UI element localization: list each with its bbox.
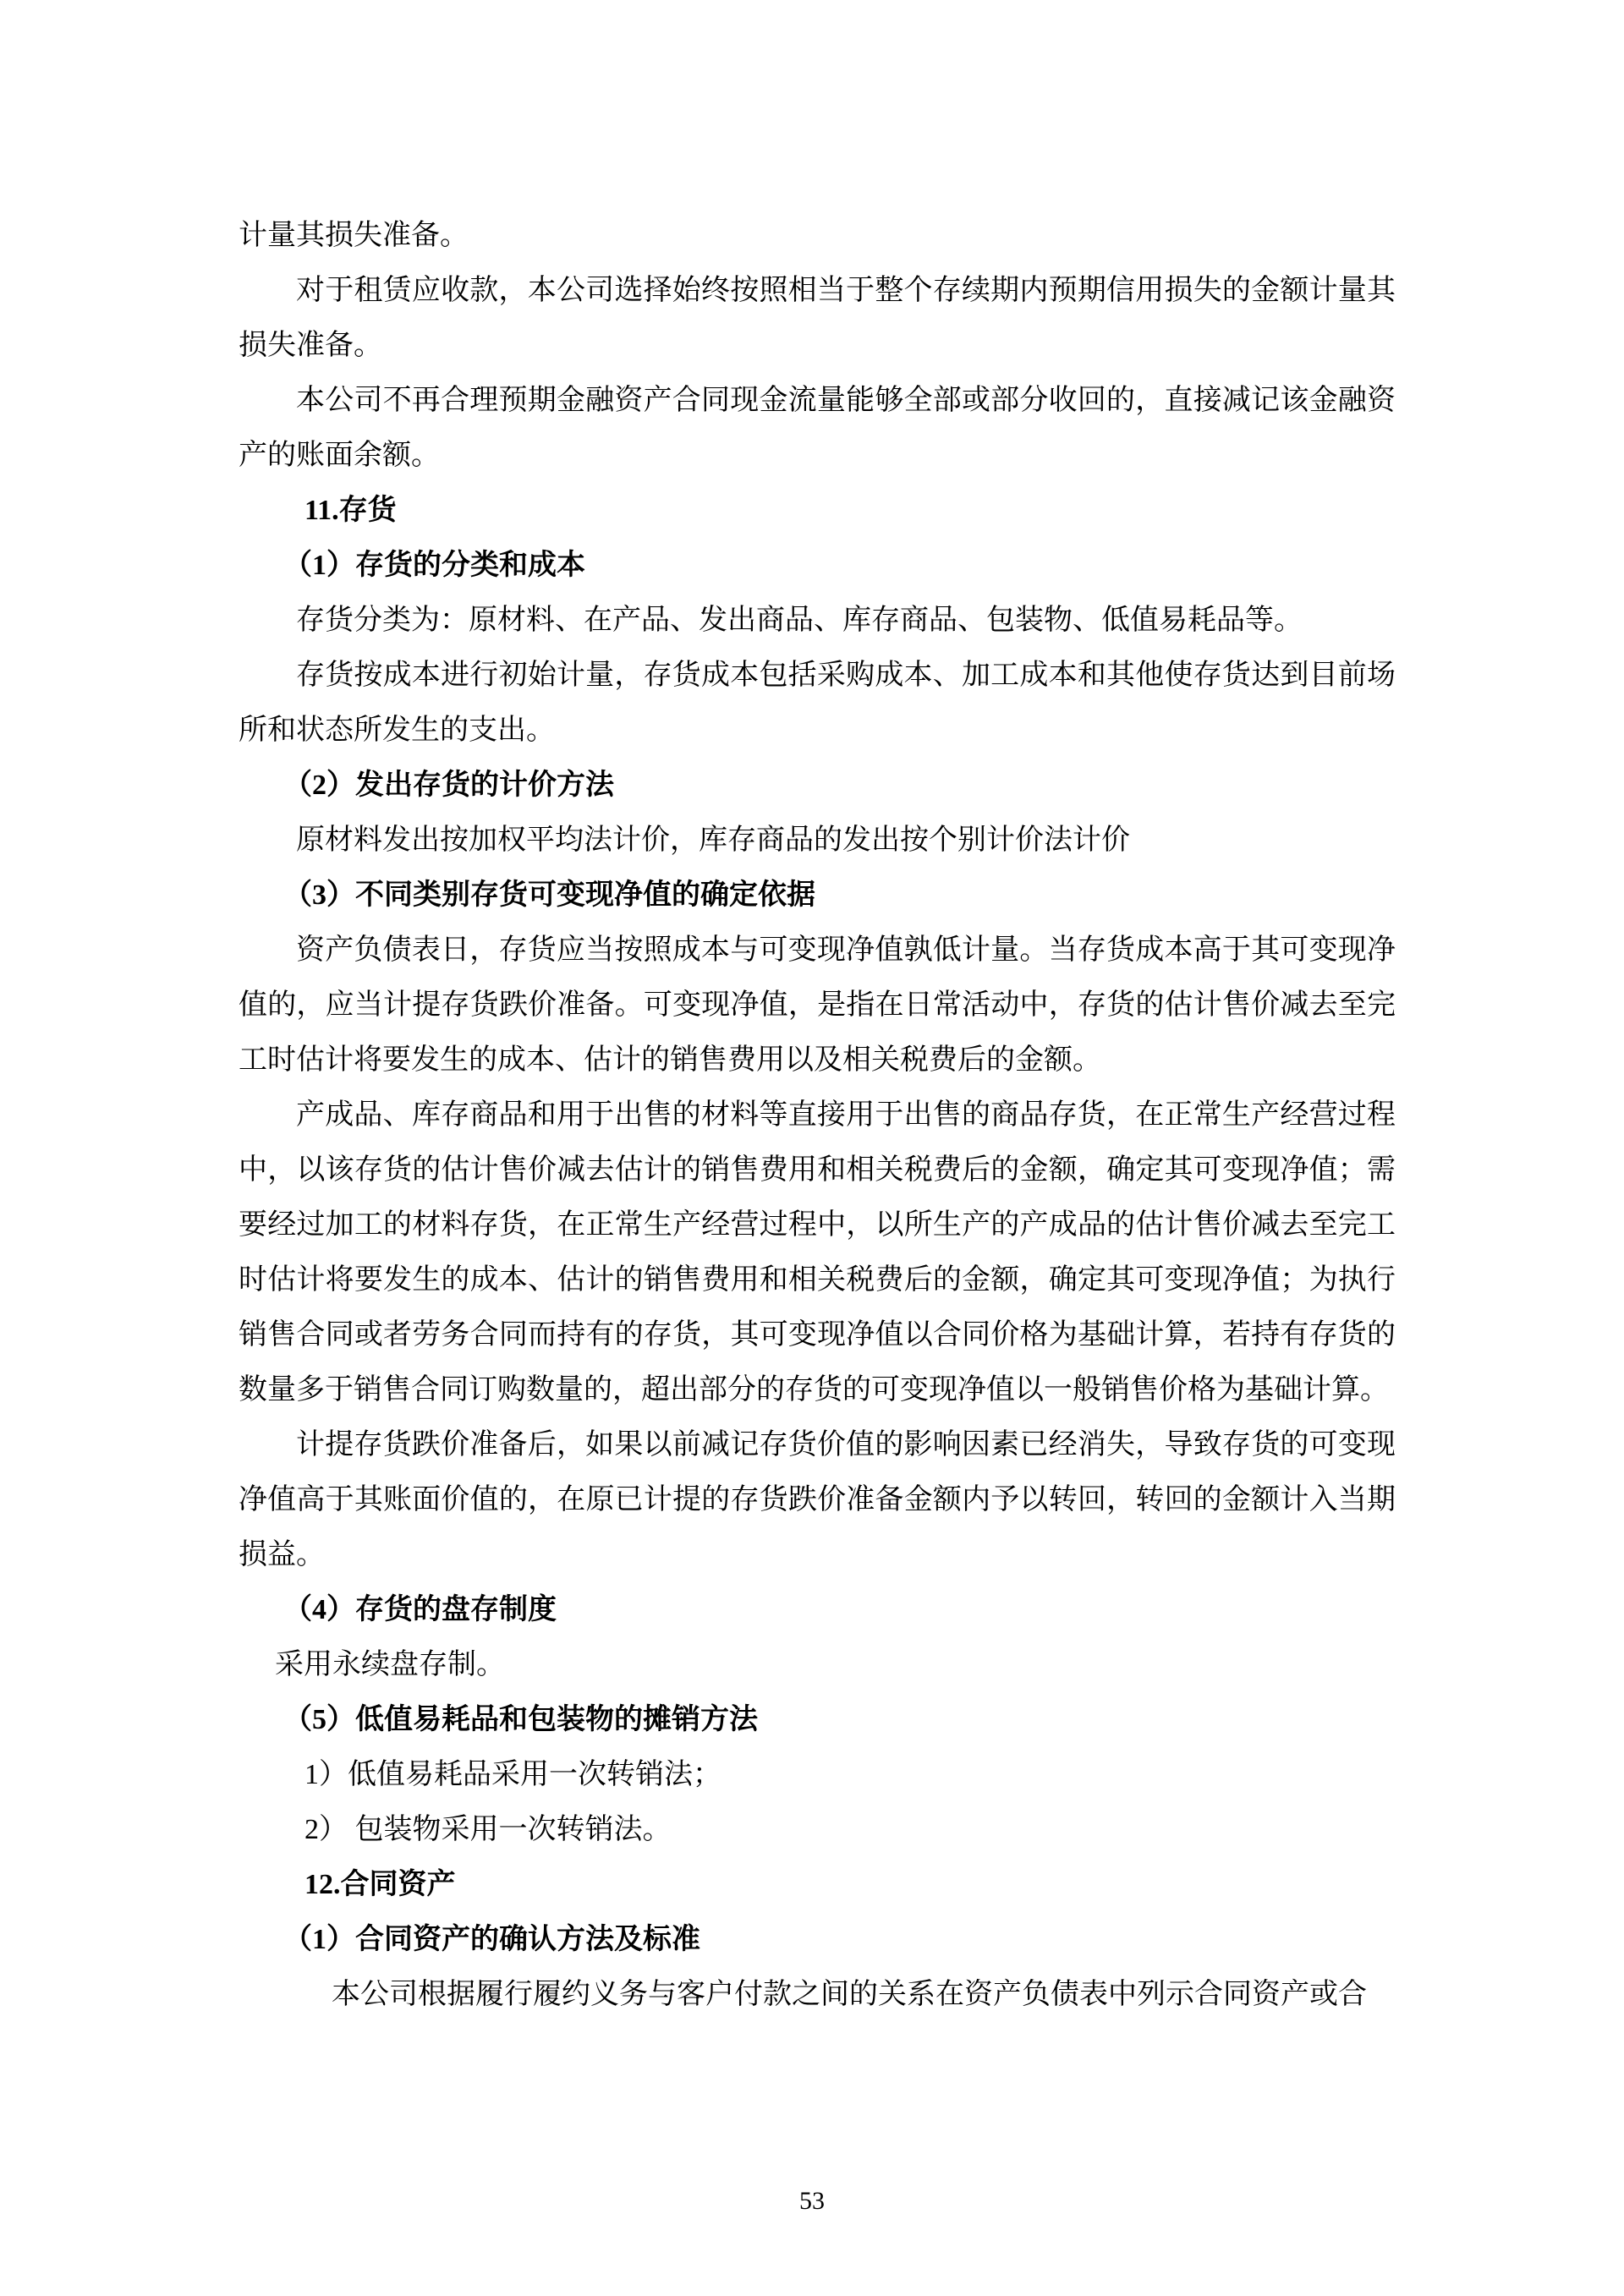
list-item-packaging-materials: 2） 包装物采用一次转销法。 <box>239 1802 1396 1857</box>
paragraph-writedown-reversal: 计提存货跌价准备后，如果以前减记存货价值的影响因素已经消失，导致存货的可变现净值… <box>239 1417 1396 1582</box>
paragraph-direct-writedown: 本公司不再合理预期金融资产合同现金流量能够全部或部分收回的，直接减记该金融资产的… <box>239 373 1396 483</box>
paragraph-inventory-initial-measurement: 存货按成本进行初始计量，存货成本包括采购成本、加工成本和其他使存货达到目前场所和… <box>239 648 1396 758</box>
section-heading-11-inventory: 11.存货 <box>239 483 1396 538</box>
document-page: 计量其损失准备。 对于租赁应收款，本公司选择始终按照相当于整个存续期内预期信用损… <box>0 0 1624 2296</box>
subheading-4-inventory-count-system: （4）存货的盘存制度 <box>239 1582 1396 1637</box>
paragraph-inventory-categories: 存货分类为：原材料、在产品、发出商品、库存商品、包装物、低值易耗品等。 <box>239 593 1396 648</box>
paragraph-lease-receivables: 对于租赁应收款，本公司选择始终按照相当于整个存续期内预期信用损失的金额计量其损失… <box>239 263 1396 373</box>
section-heading-12-contract-assets: 12.合同资产 <box>239 1857 1396 1912</box>
subheading-1-inventory-classification: （1）存货的分类和成本 <box>239 538 1396 593</box>
paragraph-contract-asset-presentation: 本公司根据履行履约义务与客户付款之间的关系在资产负债表中列示合同资产或合 <box>239 1967 1396 2022</box>
subheading-5-amortization-method: （5）低值易耗品和包装物的摊销方法 <box>239 1692 1396 1747</box>
subheading-1-contract-asset-recognition: （1）合同资产的确认方法及标准 <box>239 1912 1396 1967</box>
subheading-2-issued-inventory-valuation: （2）发出存货的计价方法 <box>239 758 1396 813</box>
paragraph-balance-sheet-date-nrv: 资产负债表日，存货应当按照成本与可变现净值孰低计量。当存货成本高于其可变现净值的… <box>239 923 1396 1088</box>
page-number: 53 <box>0 2186 1624 2217</box>
document-body: 计量其损失准备。 对于租赁应收款，本公司选择始终按照相当于整个存续期内预期信用损… <box>0 0 1624 2022</box>
paragraph-nrv-determination-detail: 产成品、库存商品和用于出售的材料等直接用于出售的商品存货，在正常生产经营过程中，… <box>239 1088 1396 1417</box>
paragraph-perpetual-inventory: 采用永续盘存制。 <box>239 1637 1396 1692</box>
subheading-3-net-realizable-value-basis: （3）不同类别存货可变现净值的确定依据 <box>239 868 1396 923</box>
paragraph-valuation-methods: 原材料发出按加权平均法计价，库存商品的发出按个别计价法计价 <box>239 813 1396 868</box>
list-item-low-value-consumables: 1）低值易耗品采用一次转销法； <box>239 1747 1396 1802</box>
paragraph-loss-provision-continued: 计量其损失准备。 <box>239 208 1396 263</box>
